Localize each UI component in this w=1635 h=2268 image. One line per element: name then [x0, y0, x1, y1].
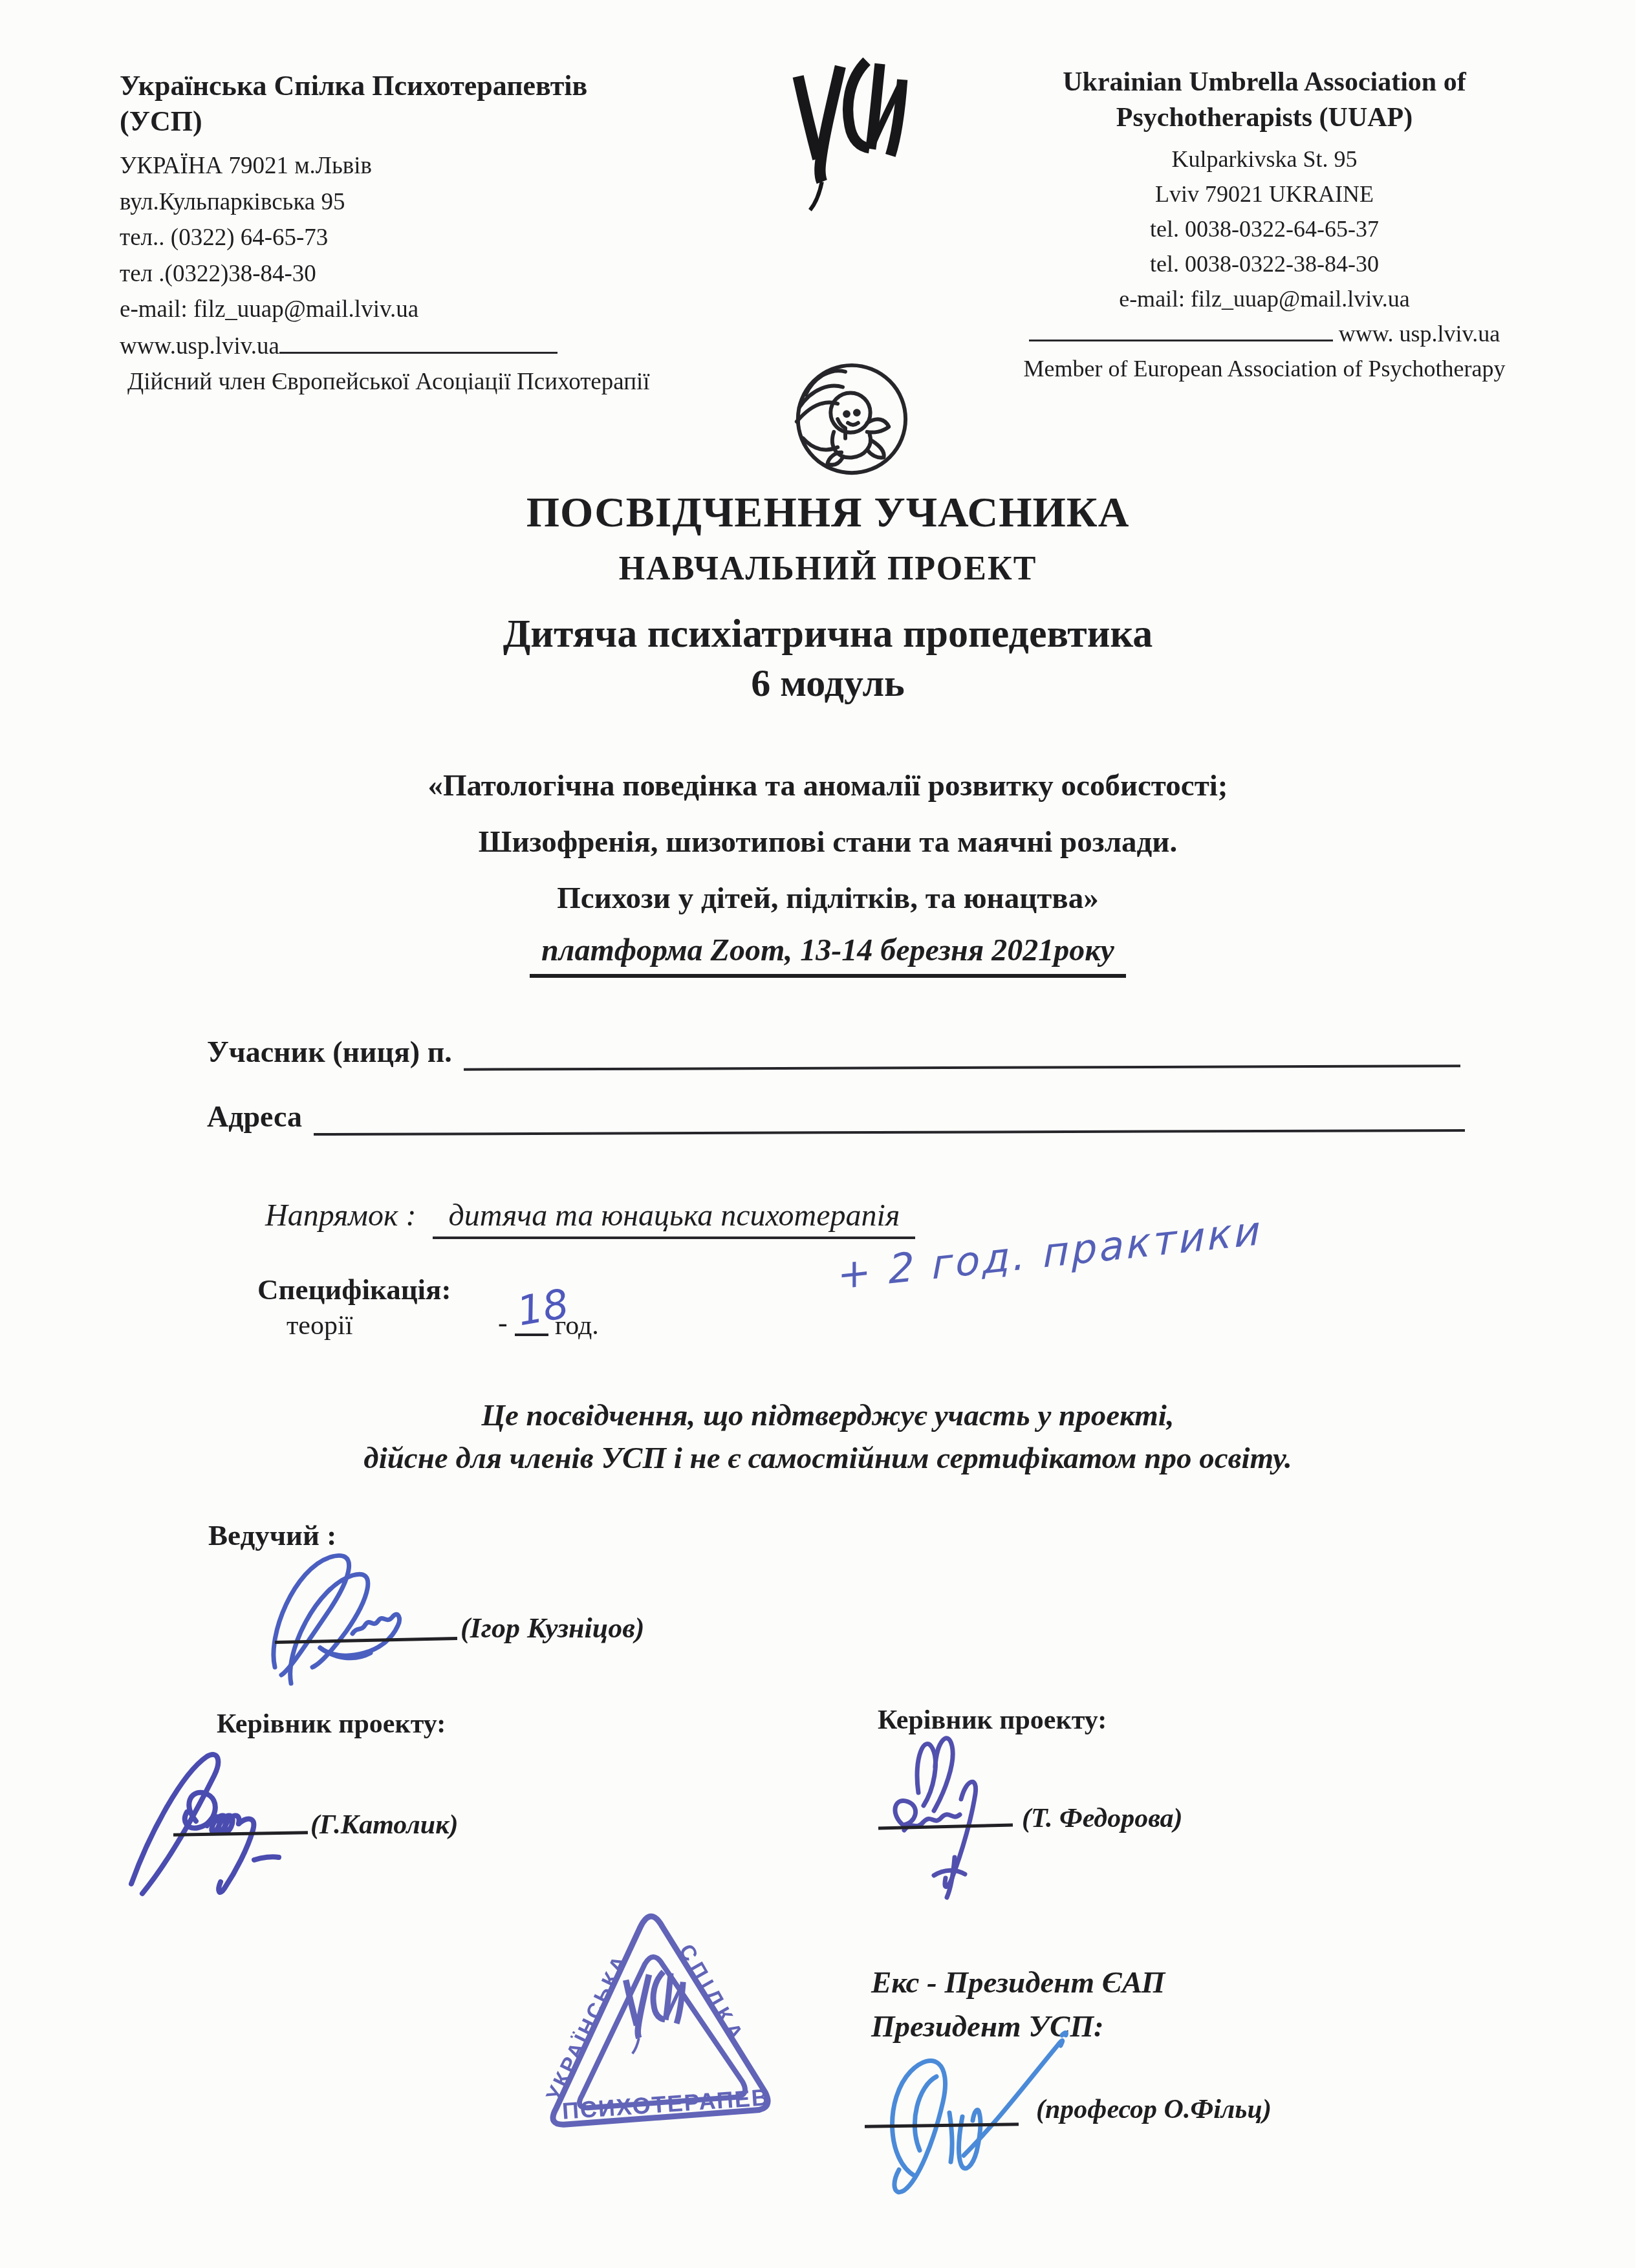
phone-ua-2: тел .(0322)38-84-30: [120, 256, 753, 292]
address-label: Адреса: [207, 1099, 302, 1134]
lead-left-name: (Г.Католик): [310, 1809, 458, 1841]
usp-triangular-stamp: УКРАЇНСЬКА СПІЛКА ПСИХОТЕРАПЕВТіВ: [517, 1892, 802, 2150]
statement-line1: Це посвідчення, що підтверджує участь у …: [65, 1398, 1591, 1433]
lead-left-signature: [120, 1738, 327, 1903]
address-row: Адреса: [207, 1099, 1465, 1134]
header-left: Українська Спілка Психотерапевтів (УСП) …: [120, 68, 753, 400]
phone-ua-1: тел.. (0322) 64-65-73: [120, 220, 753, 256]
host-name: (Ігор Кузніцов): [460, 1612, 645, 1645]
course-title-line2: 6 модуль: [65, 661, 1591, 706]
www-ua: www.usp.lviv.ua: [120, 333, 279, 360]
blank-line: [279, 328, 558, 354]
phone-en-2: tel. 0038-0322-38-84-30: [990, 246, 1539, 281]
topic-line3: Психози у дітей, підлітків, та юнацтва»: [65, 881, 1591, 916]
www-en: www. usp.lviv.ua: [1339, 321, 1500, 347]
org-name-ua-line1: Українська Спілка Психотерапевтів: [120, 68, 753, 103]
cherub-emblem-icon: [784, 356, 912, 485]
org-name-en-line2: Psychotherapists (UUAP): [990, 100, 1539, 136]
www-en-row: www. usp.lviv.ua: [990, 316, 1539, 351]
street-en: Kulparkivska St. 95: [990, 142, 1539, 177]
spec-label: Специфікація:: [257, 1273, 451, 1306]
address-blank-line: [314, 1123, 1465, 1136]
lead-right-signature: [874, 1722, 1023, 1912]
org-name-ua: Українська Спілка Психотерапевтів (УСП): [120, 68, 753, 139]
project-subtitle: НАВЧАЛЬНИЙ ПРОЕКТ: [65, 550, 1591, 588]
lead-left-label: Керівник проекту:: [217, 1709, 446, 1740]
www-ua-row: www.usp.lviv.ua: [120, 328, 753, 365]
city-en: Lviv 79021 UKRAINE: [990, 177, 1539, 211]
header-right: Ukrainian Umbrella Association of Psycho…: [990, 65, 1539, 386]
org-name-ua-line2: (УСП): [120, 103, 753, 139]
hours-unit: год.: [555, 1310, 599, 1341]
theory-dash: -: [498, 1306, 508, 1339]
platform-date-text: платформа Zoom, 13-14 березня 2021року: [530, 933, 1126, 978]
direction-label: Напрямок :: [265, 1198, 416, 1233]
lead-right-name: (Т. Федорова): [1022, 1803, 1183, 1834]
topic-line2: Шизофренія, шизотипові стани та маячні р…: [65, 825, 1591, 859]
email-en: e-mail: filz_uuap@mail.lviv.ua: [990, 281, 1539, 316]
statement-line2: дійсне для членів УСП і не є самостійним…: [65, 1441, 1591, 1476]
president-label-line1: Екс - Президент ЄАП: [871, 1961, 1165, 2005]
theory-label: теорії: [287, 1310, 352, 1341]
member-en: Member of European Association of Psycho…: [990, 351, 1539, 386]
phone-en-1: tel. 0038-0322-64-65-37: [990, 211, 1539, 246]
host-signature: [255, 1538, 462, 1703]
certificate-title: ПОСВІДЧЕННЯ УЧАСНИКА: [65, 488, 1591, 537]
member-ua: Дійсний член Європейської Асоціації Псих…: [120, 364, 753, 400]
usp-brush-monogram-logo: [779, 40, 912, 211]
org-name-en: Ukrainian Umbrella Association of Psycho…: [990, 65, 1539, 135]
blank-line: [1029, 316, 1333, 341]
platform-date-line: платформа Zoom, 13-14 березня 2021року: [65, 933, 1591, 968]
email-ua: e-mail: filz_uuap@mail.lviv.ua: [120, 292, 753, 328]
address-ua-line2: вул.Кульпарківська 95: [120, 184, 753, 221]
president-name: (професор О.Фільц): [1036, 2094, 1272, 2125]
direction-value: дитяча та юнацька психотерапія: [433, 1198, 915, 1239]
org-name-en-line1: Ukrainian Umbrella Association of: [990, 65, 1539, 100]
course-title-line1: Дитяча психіатрична пропедевтика: [65, 611, 1591, 657]
hours-underline: [515, 1334, 548, 1336]
address-ua-line1: УКРАЇНА 79021 м.Львів: [120, 148, 753, 184]
participant-blank-line: [464, 1058, 1460, 1070]
certificate-document: Українська Спілка Психотерапевтів (УСП) …: [0, 0, 1635, 2268]
participant-row: Учасник (ниця) п.: [207, 1035, 1460, 1069]
participant-label: Учасник (ниця) п.: [207, 1035, 452, 1069]
direction-row: Напрямок : дитяча та юнацька психотерапі…: [265, 1198, 915, 1233]
topic-line1: «Патологічна поведінка та аномалії розви…: [65, 768, 1591, 803]
